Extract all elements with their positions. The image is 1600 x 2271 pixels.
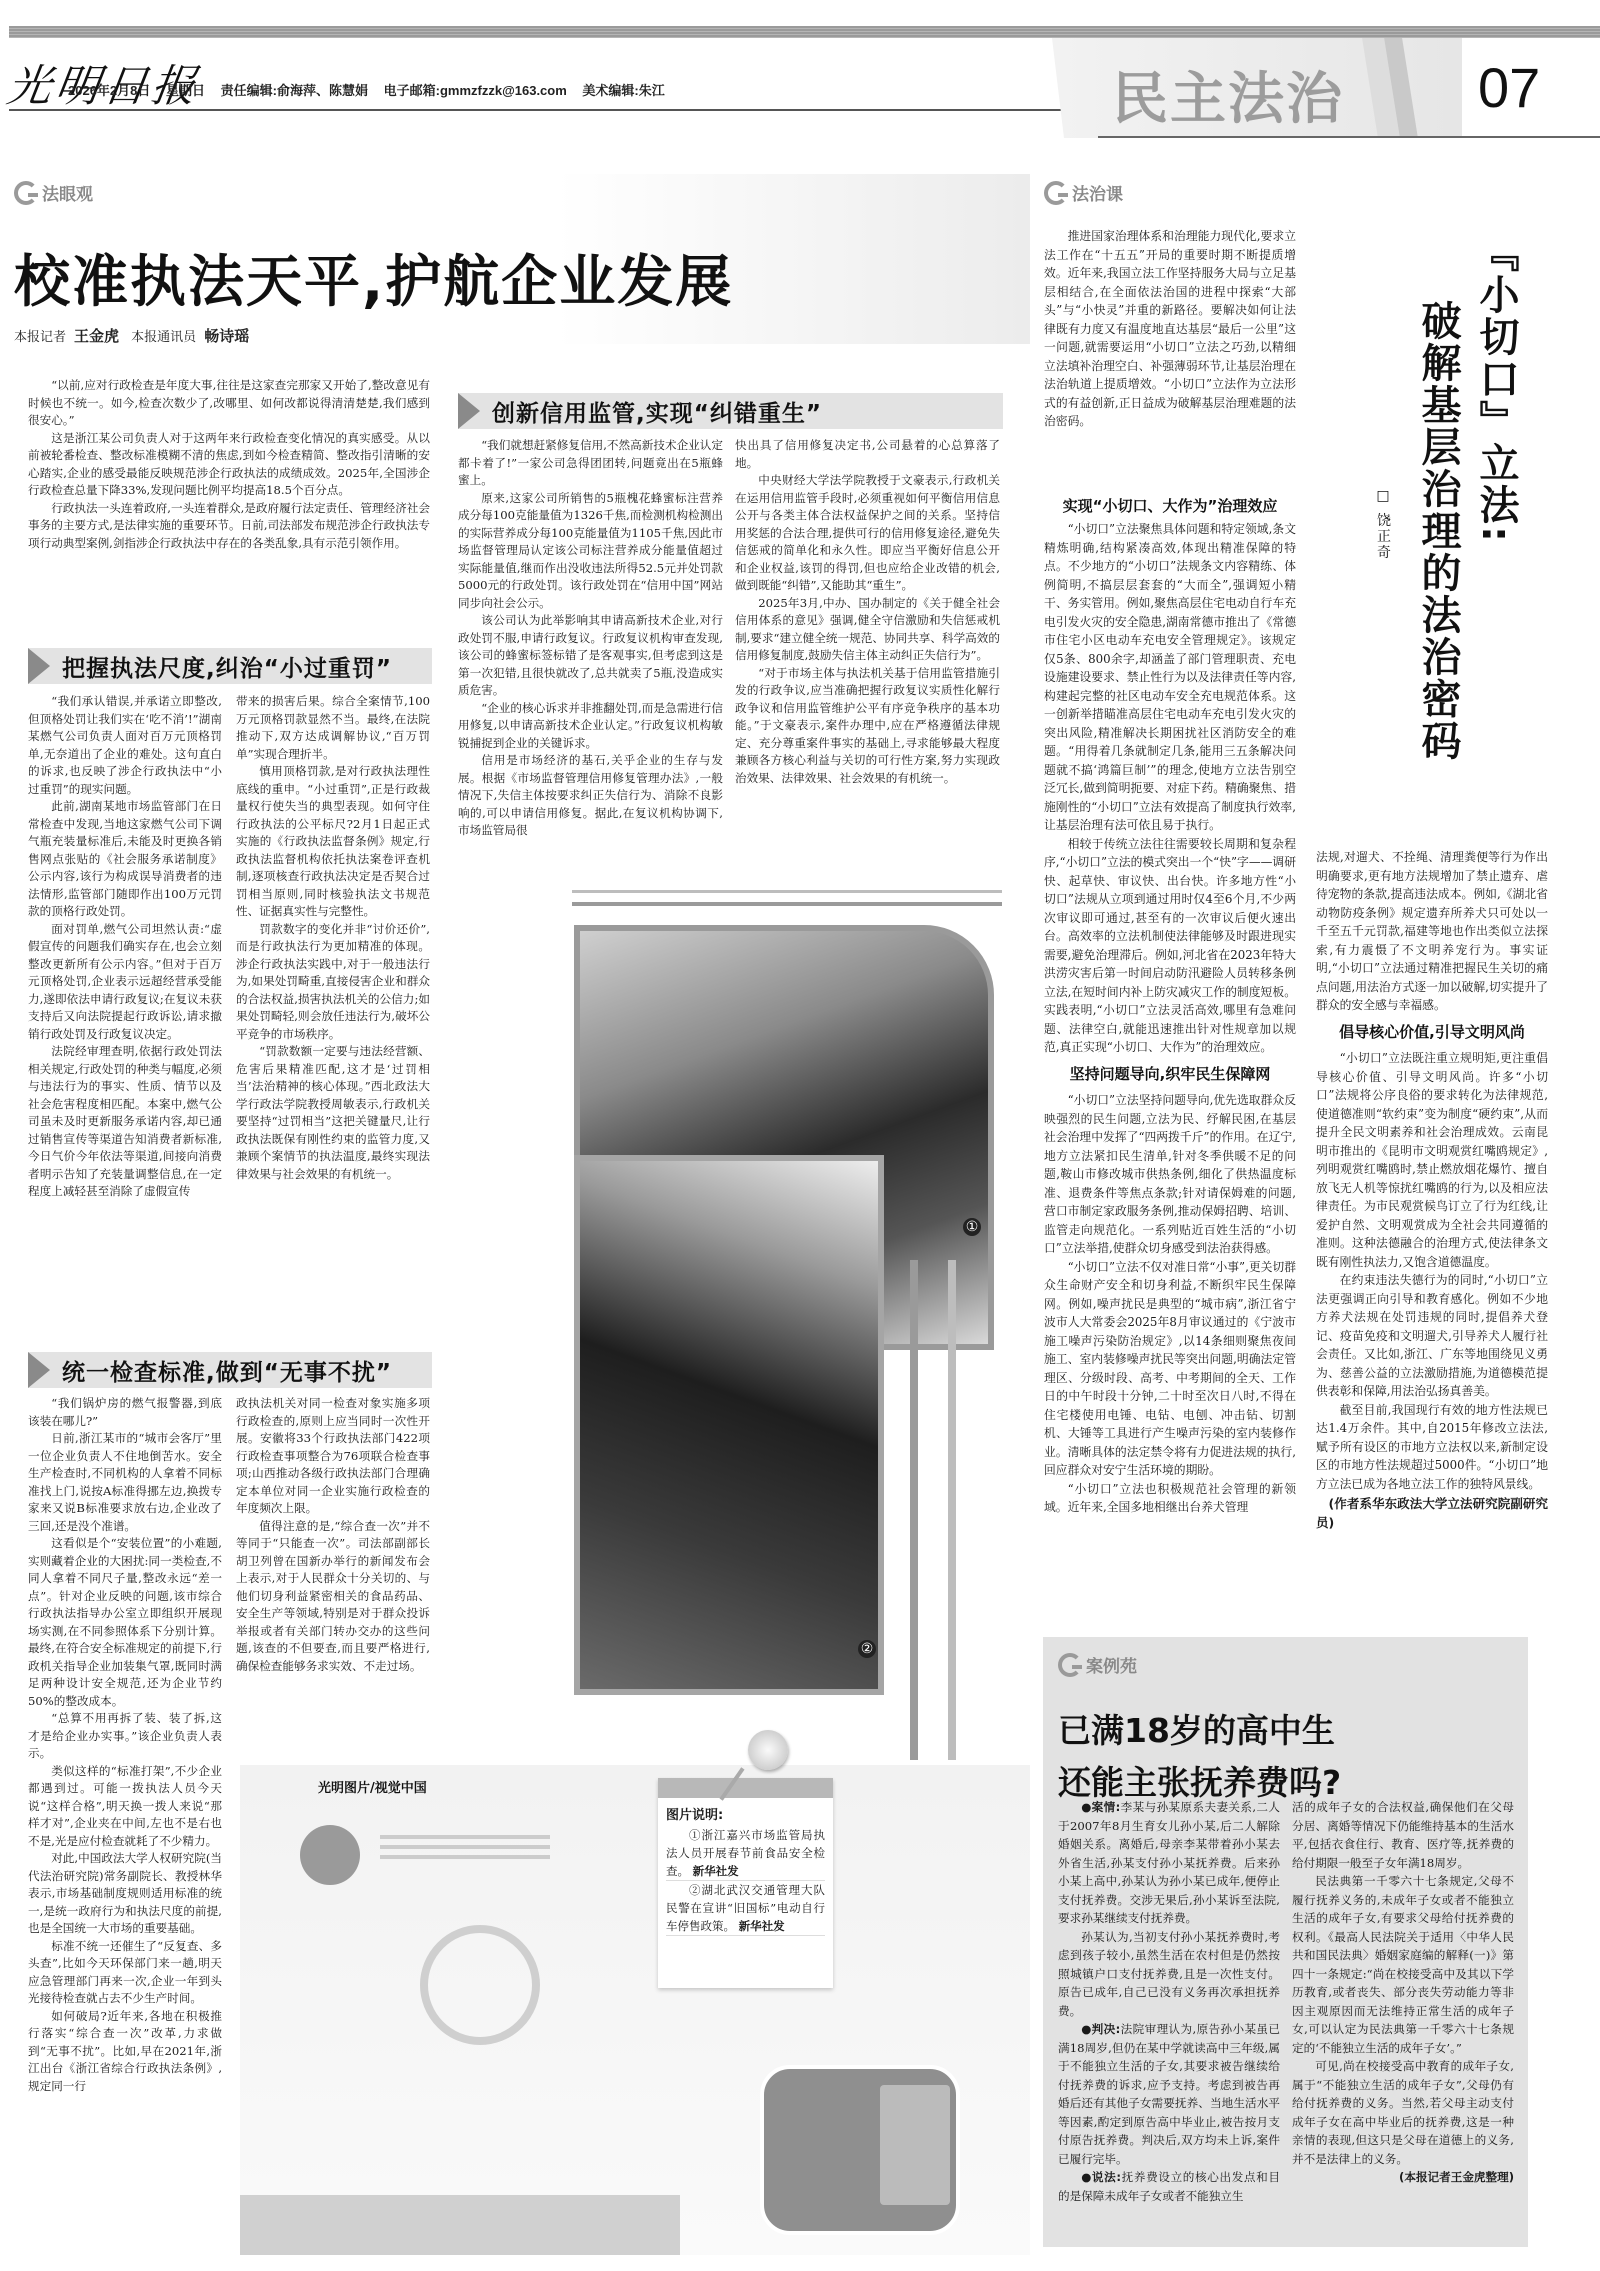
decorative-rule bbox=[572, 902, 1002, 906]
paragraph: 原来,这家公司所销售的5瓶槐花蜂蜜标注营养成分每100克能量值为1326千焦,而… bbox=[458, 490, 723, 613]
case-label: ●说法: bbox=[1081, 2170, 1121, 2184]
photo-number: ② bbox=[858, 1640, 876, 1658]
column-tag-label: 法治课 bbox=[1072, 180, 1123, 205]
side-author: □ 饶正奇 bbox=[1373, 488, 1393, 560]
g-logo-icon bbox=[1058, 1653, 1082, 1677]
triangle-icon bbox=[458, 393, 480, 429]
paragraph: “小切口”立法不仅对准日常“小事”,更关切群众生命财产安全和切身利益,不断织牢民… bbox=[1044, 1258, 1296, 1480]
paragraph: “小切口”立法既注重立规明矩,更注重倡导核心价值、引导文明风尚。许多“小切口”法… bbox=[1316, 1049, 1548, 1271]
case-paragraph: ●判决:法院审理认为,原告孙小某虽已满18周岁,但仍在某中学就读高中三年级,属于… bbox=[1058, 2020, 1280, 2168]
decorative-line bbox=[380, 1835, 550, 1839]
illustration-inspection bbox=[240, 1765, 1030, 2255]
caption-title: 图片说明: bbox=[666, 1804, 825, 1823]
photo-traffic-police bbox=[574, 1155, 884, 1695]
section3-col1: “我们锅炉房的燃气报警器,到底该装在哪儿?” 日前,浙江某市的“城市会客厅”里一… bbox=[28, 1395, 222, 2095]
byline-name: 畅诗瑶 bbox=[204, 327, 249, 345]
paragraph: 相较于传统立法往往需要较长周期和复杂程序,“小切口”立法的模式突出一个“快”字—… bbox=[1044, 835, 1296, 1057]
section-heading: 把握执法尺度,纠治“小过重罚” bbox=[28, 648, 432, 684]
section-heading-text: 把握执法尺度,纠治“小过重罚” bbox=[62, 650, 392, 683]
paragraph: 罚款数字的变化并非“讨价还价”,而是行政执法行为更加精准的体现。涉企行政执法实践… bbox=[236, 921, 430, 1044]
paragraph: 值得注意的是,“综合查一次”并不等同于“只能查一次”。司法部副部长胡卫列曾在国新… bbox=[236, 1518, 430, 1676]
case-col1: ●案情:李某与孙某原系夫妻关系,二人于2007年8月生育女儿孙小某,后二人解除婚… bbox=[1058, 1798, 1280, 2205]
section-heading-text: 创新信用监管,实现“纠错重生” bbox=[492, 395, 822, 428]
decorative-line bbox=[380, 1845, 550, 1849]
case-paragraph: ●说法:抚养费设立的核心出发点和目的是保障未成年子女或者不能独立生 bbox=[1058, 2168, 1280, 2205]
paragraph: 类似这样的“标准打架”,不少企业都遇到过。可能一拨执法人员今天说“这样合格”,明… bbox=[28, 1763, 222, 1851]
article-intro: “以前,应对行政检查是年度大事,往往是这家查完那家又开始了,整改意见有时候也不统… bbox=[28, 377, 430, 552]
photo-caption-card: 图片说明: ①浙江嘉兴市场监管局执法人员开展春节前食品安全检查。 新华社发 ②湖… bbox=[658, 1778, 833, 1988]
caption-source: 新华社发 bbox=[739, 1919, 785, 1933]
page-number: 07 bbox=[1478, 55, 1540, 120]
person-icon bbox=[880, 2085, 950, 2205]
side-subheading: 实现“小切口、大作为”治理效应 bbox=[1044, 495, 1296, 516]
paragraph: 日前,浙江某市的“城市会客厅”里一位企业负责人不住地倒苦水。安全生产检查时,不同… bbox=[28, 1430, 222, 1535]
decorative-line bbox=[380, 1855, 550, 1859]
illustration-floor bbox=[240, 2195, 680, 2255]
case-paragraph: 孙某认为,当初支付孙小某抚养费时,考虑到孩子较小,虽然生活在农村但是仍然按照城镇… bbox=[1058, 1928, 1280, 2021]
case-paragraph: ●案情:李某与孙某原系夫妻关系,二人于2007年8月生育女儿孙小某,后二人解除婚… bbox=[1058, 1798, 1280, 1928]
issue-date: 2026年2月8日 bbox=[68, 83, 150, 98]
section-heading: 统一检查标准,做到“无事不扰” bbox=[28, 1352, 432, 1388]
case-credit: (本报记者王金虎整理) bbox=[1292, 2168, 1514, 2187]
paragraph: 该公司认为此举影响其申请高新技术企业,对行政处罚不服,申请行政复议。行政复议机构… bbox=[458, 612, 723, 700]
section2-col1: “我们就想赶紧修复信用,不然高新技术企业认定都卡着了!”一家公司急得团团转,问题… bbox=[458, 437, 723, 840]
photo-number: ① bbox=[963, 1218, 981, 1236]
pushpin-icon bbox=[748, 1730, 788, 1770]
masthead-top-bar bbox=[9, 26, 1600, 38]
paragraph: 快出具了信用修复决定书,公司悬着的心总算落了地。 bbox=[735, 437, 1000, 472]
case-text: 李某与孙某原系夫妻关系,二人于2007年8月生育女儿孙小某,后二人解除婚姻关系。… bbox=[1058, 1800, 1280, 1925]
case-headline: 已满18岁的高中生 还能主张抚养费吗? bbox=[1058, 1705, 1341, 1809]
case-col2: 活的成年子女的合法权益,确保他们在父母分居、离婚等情况下仍能维持基本的生活水平,… bbox=[1292, 1798, 1514, 2187]
section-heading: 创新信用监管,实现“纠错重生” bbox=[458, 393, 1003, 429]
side-subheading: 坚持问题导向,织牢民生保障网 bbox=[1044, 1065, 1296, 1084]
paragraph: 标准不统一还催生了“反复查、多头查”,比如今天环保部门来一趟,明天应急管理部门再… bbox=[28, 1938, 222, 2008]
paragraph: 2025年3月,中办、国办制定的《关于健全社会信用体系的意见》强调,健全守信激励… bbox=[735, 595, 1000, 665]
paragraph: 面对罚单,燃气公司坦然认责:“虚假宣传的问题我们确实存在,也会立刻整改更新所有公… bbox=[28, 921, 222, 1044]
case-label: ●判决: bbox=[1081, 2022, 1120, 2036]
paragraph: “罚款数额一定要与违法经营额、危害后果精准匹配,这才是‘过罚相当’法治精神的核心… bbox=[236, 1043, 430, 1183]
byline-label: 本报记者 bbox=[14, 330, 66, 345]
side-col1: “小切口”立法聚焦具体问题和特定领域,条文精炼明确,结构紧凑高效,体现出精准保障… bbox=[1044, 520, 1296, 1517]
decorative-rule bbox=[572, 890, 1002, 893]
main-headline: 校准执法天平,护航企业发展 bbox=[14, 238, 733, 318]
paragraph: “小切口”立法坚持问题导向,优先选取群众反映强烈的民生问题,立法为民、纾解民困,… bbox=[1044, 1091, 1296, 1258]
case-headline-line1: 已满18岁的高中生 bbox=[1058, 1705, 1341, 1757]
issue-weekday: 星期日 bbox=[166, 83, 205, 98]
art-editor: 美术编辑:朱江 bbox=[582, 83, 664, 98]
column-tag: 案例苑 bbox=[1058, 1652, 1137, 1677]
paragraph: “企业的核心诉求并非推翻处罚,而是急需进行信用修复,以申请高新技术企业认定。”行… bbox=[458, 700, 723, 753]
paragraph: “对于市场主体与执法机关基于信用监管措施引发的行政争议,应当准确把握行政复议实质… bbox=[735, 665, 1000, 788]
paragraph: 慎用顶格罚款,是对行政执法理性底线的重申。“小过重罚”,正是行政裁量权行使失当的… bbox=[236, 763, 430, 921]
paragraph: 法规,对遛犬、不拴绳、清理粪便等行为作出明确要求,更有地方法规增加了禁止遗弃、虐… bbox=[1316, 848, 1548, 1015]
paragraph: 带来的损害后果。综合全案情节,100万元顶格罚款显然不当。最终,在法院推动下,双… bbox=[236, 693, 430, 763]
side-subheading: 倡导核心价值,引导文明风尚 bbox=[1316, 1023, 1548, 1042]
case-paragraph: 民法典第一千零六十七条规定,父母不履行抚养义务的,未成年子女或者不能独立生活的成… bbox=[1292, 1872, 1514, 2057]
caption-text: ①浙江嘉兴市场监管局执法人员开展春节前食品安全检查。 bbox=[666, 1828, 825, 1878]
paragraph: 对此,中国政法大学人权研究院(当代法治研究院)常务副院长、教授林华表示,市场基础… bbox=[28, 1850, 222, 1938]
paragraph: “我们就想赶紧修复信用,不然高新技术企业认定都卡着了!”一家公司急得团团转,问题… bbox=[458, 437, 723, 490]
case-paragraph: 可见,尚在校接受高中教育的成年子女,属于“不能独立生活的成年子女”,父母仍有给付… bbox=[1292, 2057, 1514, 2168]
byline: 本报记者王金虎 本报通讯员畅诗瑶 bbox=[14, 325, 257, 346]
paragraph: 截至目前,我国现行有效的地方性法规已达1.4万余件。其中,自2015年修改立法法… bbox=[1316, 1401, 1548, 1494]
column-tag: 法治课 bbox=[1044, 180, 1123, 205]
illustration-credit: 光明图片/视觉中国 bbox=[318, 1777, 427, 1796]
section3-col2: 政执法机关对同一检查对象实施多项行政检查的,原则上应当同时一次性开展。安徽将33… bbox=[236, 1395, 430, 1675]
paragraph: “总算不用再拆了装、装了拆,这才是给企业办实事。”该企业负责人表示。 bbox=[28, 1710, 222, 1763]
paragraph: “以前,应对行政检查是年度大事,往往是这家查完那家又开始了,整改意见有时候也不统… bbox=[28, 377, 430, 430]
author-name: 饶正奇 bbox=[1375, 512, 1391, 560]
author-note: (作者系华东政法大学立法研究院副研究员) bbox=[1316, 1495, 1548, 1532]
caption-source: 新华社发 bbox=[693, 1864, 739, 1878]
side-title-line2: 破解基层治理的法治密码 bbox=[1410, 300, 1467, 762]
triangle-icon bbox=[28, 1352, 50, 1388]
byline-name: 王金虎 bbox=[74, 327, 119, 345]
section2-col2: 快出具了信用修复决定书,公司悬着的心总算落了地。 中央财经大学法学院教授于文豪表… bbox=[735, 437, 1000, 787]
column-tag-label: 案例苑 bbox=[1086, 1652, 1137, 1677]
paragraph: 推进国家治理体系和治理能力现代化,要求立法工作在“十五五”开局的重要时期不断提质… bbox=[1044, 227, 1296, 431]
paragraph: “我们承认错误,并承诺立即整改,但顶格处罚让我们实在‘吃不消’!”湖南某燃气公司… bbox=[28, 693, 222, 798]
paragraph: 这是浙江某公司负责人对于这两年来行政检查变化情况的真实感受。从以前被轮番检查、整… bbox=[28, 430, 430, 500]
paragraph: 中央财经大学法学院教授于文豪表示,行政机关在运用信用监管手段时,必须重视如何平衡… bbox=[735, 472, 1000, 595]
g-logo-icon bbox=[14, 181, 38, 205]
paragraph: “我们锅炉房的燃气报警器,到底该装在哪儿?” bbox=[28, 1395, 222, 1430]
paragraph: “小切口”立法也积极规范社会管理的新领域。近年来,全国多地相继出台养犬管理 bbox=[1044, 1480, 1296, 1517]
case-label: ●案情: bbox=[1081, 1800, 1120, 1814]
side-intro: 推进国家治理体系和治理能力现代化,要求立法工作在“十五五”开局的重要时期不断提质… bbox=[1044, 227, 1296, 431]
column-tag: 法眼观 bbox=[14, 180, 93, 205]
g-logo-icon bbox=[1044, 181, 1068, 205]
caption-1: ①浙江嘉兴市场监管局执法人员开展春节前食品安全检查。 新华社发 bbox=[666, 1826, 825, 1881]
paragraph: 行政执法一头连着政府,一头连着群众,是政府履行法定责任、管理经济社会事务的主要方… bbox=[28, 500, 430, 553]
decorative-bar bbox=[910, 1260, 918, 1760]
decorative-bar bbox=[948, 1260, 956, 1760]
caption-2: ②湖北武汉交通管理大队民警在宣讲“旧国标”电动自行车停售政策。 新华社发 bbox=[666, 1881, 825, 1936]
case-text: 孙某认为,当初支付孙小某抚养费时,考虑到孩子较小,虽然生活在农村但是仍然按照城镇… bbox=[1058, 1930, 1280, 2018]
author-mark: □ bbox=[1375, 488, 1391, 506]
avatar-icon bbox=[300, 1825, 360, 1885]
paragraph: 这看似是个“安装位置”的小难题,实则藏着企业的大困扰:同一类检查,不同人拿着不同… bbox=[28, 1535, 222, 1710]
section-name: 民主法治 bbox=[1112, 55, 1344, 135]
paragraph: “小切口”立法聚焦具体问题和特定领域,条文精炼明确,结构紧凑高效,体现出精准保障… bbox=[1044, 520, 1296, 835]
paragraph: 法院经审理查明,依据行政处罚法相关规定,行政处罚的种类与幅度,必须与违法行为的事… bbox=[28, 1043, 222, 1201]
email: 电子邮箱:gmmzfzzk@163.com bbox=[384, 83, 567, 98]
paragraph: 此前,湖南某地市场监管部门在日常检查中发现,当地这家燃气公司下调气瓶充装量标准后… bbox=[28, 798, 222, 921]
side-title-line1: 『小切口』立法: bbox=[1468, 232, 1525, 544]
editors: 责任编辑:俞海萍、陈慧娟 bbox=[221, 83, 368, 98]
section1-col1: “我们承认错误,并承诺立即整改,但顶格处罚让我们实在‘吃不消’!”湖南某燃气公司… bbox=[28, 693, 222, 1201]
section1-col2: 带来的损害后果。综合全案情节,100万元顶格罚款显然不当。最终,在法院推动下,双… bbox=[236, 693, 430, 1183]
byline-label: 本报通讯员 bbox=[131, 330, 196, 345]
paragraph: 信用是市场经济的基石,关乎企业的生存与发展。根据《市场监督管理信用修复管理办法》… bbox=[458, 752, 723, 840]
masthead-meta: 2026年2月8日 星期日 责任编辑:俞海萍、陈慧娟 电子邮箱:gmmzfzzk… bbox=[68, 80, 677, 99]
column-tag-label: 法眼观 bbox=[42, 180, 93, 205]
paragraph: 政执法机关对同一检查对象实施多项行政检查的,原则上应当同时一次性开展。安徽将33… bbox=[236, 1395, 430, 1518]
magnifier-icon bbox=[420, 1925, 540, 2045]
paragraph: 如何破局?近年来,各地在积极推行落实“综合查一次”改革,力求做到“无事不扰”。比… bbox=[28, 2008, 222, 2096]
paragraph: 在约束违法失德行为的同时,“小切口”立法更强调正向引导和教育感化。例如不少地方养… bbox=[1316, 1271, 1548, 1401]
section-heading-text: 统一检查标准,做到“无事不扰” bbox=[62, 1354, 392, 1387]
section-rule bbox=[1098, 136, 1600, 138]
triangle-icon bbox=[28, 648, 50, 684]
side-col2: 法规,对遛犬、不拴绳、清理粪便等行为作出明确要求,更有地方法规增加了禁止遗弃、虐… bbox=[1316, 848, 1548, 1532]
case-paragraph: 活的成年子女的合法权益,确保他们在父母分居、离婚等情况下仍能维持基本的生活水平,… bbox=[1292, 1798, 1514, 1872]
case-text: 法院审理认为,原告孙小某虽已满18周岁,但仍在某中学就读高中三年级,属于不能独立… bbox=[1058, 2022, 1280, 2166]
masthead-rule bbox=[9, 109, 1084, 111]
